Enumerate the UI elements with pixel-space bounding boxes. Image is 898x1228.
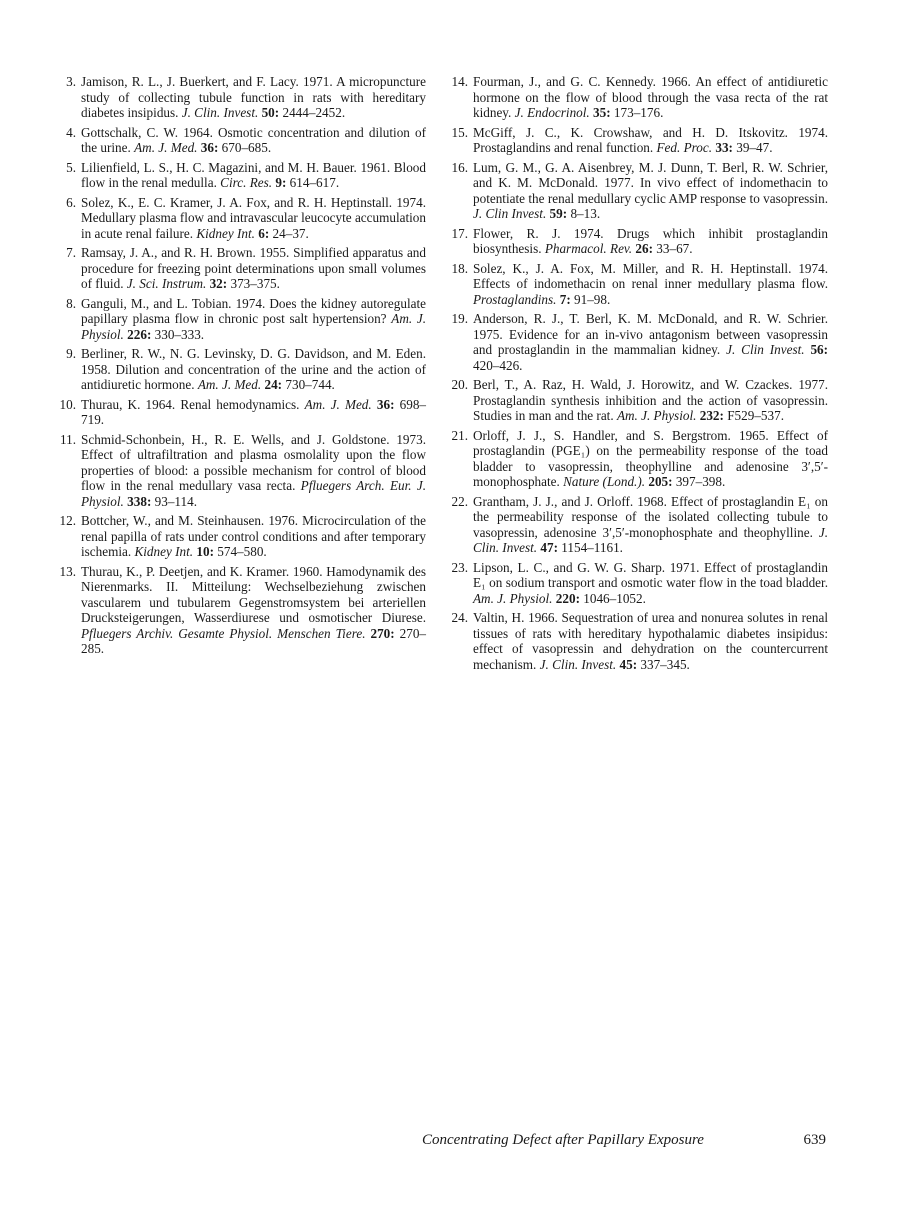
- reference-text: Ganguli, M., and L. Tobian. 1974. Does t…: [81, 296, 426, 327]
- reference-number: 12.: [54, 513, 76, 529]
- reference-journal: Prostaglandins.: [473, 292, 556, 307]
- reference-text: McGiff, J. C., K. Crowshaw, and H. D. It…: [473, 125, 828, 156]
- reference-entry: 7.Ramsay, J. A., and R. H. Brown. 1955. …: [54, 245, 426, 292]
- reference-volume: 50:: [262, 105, 280, 120]
- reference-journal: J. Clin Invest.: [726, 342, 804, 357]
- reference-number: 4.: [54, 125, 76, 141]
- reference-journal: Pharmacol. Rev.: [545, 241, 632, 256]
- reference-volume: 32:: [210, 276, 228, 291]
- reference-pages: 373–375.: [230, 276, 279, 291]
- reference-number: 19.: [446, 311, 468, 327]
- reference-pages: 2444–2452.: [282, 105, 345, 120]
- reference-volume: 26:: [635, 241, 653, 256]
- reference-journal: Fed. Proc.: [657, 140, 713, 155]
- page-number: 639: [804, 1132, 827, 1149]
- reference-number: 13.: [54, 564, 76, 580]
- reference-journal: Circ. Res.: [220, 175, 272, 190]
- references-right-column: 14.Fourman, J., and G. C. Kennedy. 1966.…: [446, 74, 828, 676]
- reference-volume: 226:: [127, 327, 151, 342]
- reference-number: 14.: [446, 74, 468, 90]
- reference-volume: 59:: [550, 206, 568, 221]
- reference-volume: 6:: [258, 226, 269, 241]
- reference-volume: 232:: [700, 408, 724, 423]
- reference-pages: 420–426.: [473, 358, 522, 373]
- reference-volume: 45:: [620, 657, 638, 672]
- reference-number: 3.: [54, 74, 76, 90]
- reference-entry: 4.Gottschalk, C. W. 1964. Osmotic concen…: [54, 125, 426, 156]
- reference-number: 20.: [446, 377, 468, 393]
- reference-volume: 338:: [127, 494, 151, 509]
- reference-entry: 22.Grantham, J. J., and J. Orloff. 1968.…: [446, 494, 828, 556]
- reference-volume: 33:: [715, 140, 733, 155]
- reference-entry: 20.Berl, T., A. Raz, H. Wald, J. Horowit…: [446, 377, 828, 424]
- reference-entry: 17.Flower, R. J. 1974. Drugs which inhib…: [446, 226, 828, 257]
- reference-pages: F529–537.: [727, 408, 784, 423]
- reference-pages: 173–176.: [614, 105, 663, 120]
- reference-entry: 15.McGiff, J. C., K. Crowshaw, and H. D.…: [446, 125, 828, 156]
- reference-pages: 574–580.: [217, 544, 266, 559]
- reference-journal: J. Sci. Instrum.: [127, 276, 206, 291]
- reference-volume: 56:: [810, 342, 828, 357]
- reference-text: Solez, K., J. A. Fox, M. Miller, and R. …: [473, 261, 828, 292]
- reference-entry: 16.Lum, G. M., G. A. Aisenbrey, M. J. Du…: [446, 160, 828, 222]
- reference-volume: 205:: [648, 474, 672, 489]
- reference-journal: J. Clin. Invest.: [540, 657, 617, 672]
- reference-pages: 397–398.: [676, 474, 725, 489]
- reference-number: 8.: [54, 296, 76, 312]
- reference-journal: Am. J. Med.: [134, 140, 197, 155]
- reference-entry: 24.Valtin, H. 1966. Sequestration of ure…: [446, 610, 828, 672]
- reference-number: 11.: [54, 432, 76, 448]
- reference-number: 5.: [54, 160, 76, 176]
- reference-pages: 614–617.: [290, 175, 339, 190]
- reference-pages: 1154–1161.: [561, 540, 623, 555]
- reference-volume: 36:: [201, 140, 219, 155]
- reference-journal: Am. J. Physiol.: [617, 408, 696, 423]
- reference-volume: 47:: [540, 540, 558, 555]
- reference-number: 10.: [54, 397, 76, 413]
- reference-number: 21.: [446, 428, 468, 444]
- reference-entry: 6.Solez, K., E. C. Kramer, J. A. Fox, an…: [54, 195, 426, 242]
- reference-text: Grantham, J. J., and J. Orloff. 1968. Ef…: [473, 494, 828, 540]
- reference-entry: 19.Anderson, R. J., T. Berl, K. M. McDon…: [446, 311, 828, 373]
- reference-entry: 8.Ganguli, M., and L. Tobian. 1974. Does…: [54, 296, 426, 343]
- reference-journal: Nature (Lond.).: [563, 474, 645, 489]
- reference-entry: 3.Jamison, R. L., J. Buerkert, and F. La…: [54, 74, 426, 121]
- reference-journal: Kidney Int.: [134, 544, 193, 559]
- reference-text: Lum, G. M., G. A. Aisenbrey, M. J. Dunn,…: [473, 160, 828, 206]
- reference-volume: 270:: [370, 626, 394, 641]
- reference-number: 7.: [54, 245, 76, 261]
- reference-volume: 7:: [560, 292, 571, 307]
- reference-entry: 14.Fourman, J., and G. C. Kennedy. 1966.…: [446, 74, 828, 121]
- reference-pages: 1046–1052.: [583, 591, 646, 606]
- reference-entry: 10.Thurau, K. 1964. Renal hemodynamics. …: [54, 397, 426, 428]
- reference-number: 16.: [446, 160, 468, 176]
- reference-journal: J. Endocrinol.: [515, 105, 590, 120]
- references-left-column: 3.Jamison, R. L., J. Buerkert, and F. La…: [54, 74, 426, 661]
- reference-number: 15.: [446, 125, 468, 141]
- reference-entry: 13.Thurau, K., P. Deetjen, and K. Kramer…: [54, 564, 426, 657]
- reference-entry: 5.Lilienfield, L. S., H. C. Magazini, an…: [54, 160, 426, 191]
- reference-pages: 93–114.: [155, 494, 197, 509]
- reference-pages: 730–744.: [285, 377, 334, 392]
- reference-text: Lipson, L. C., and G. W. G. Sharp. 1971.…: [473, 560, 828, 591]
- reference-volume: 10:: [196, 544, 214, 559]
- reference-number: 18.: [446, 261, 468, 277]
- reference-volume: 9:: [275, 175, 286, 190]
- reference-journal: Am. J. Physiol.: [473, 591, 552, 606]
- reference-journal: Kidney Int.: [196, 226, 255, 241]
- reference-volume: 35:: [593, 105, 611, 120]
- reference-pages: 8–13.: [570, 206, 600, 221]
- reference-pages: 330–333.: [155, 327, 204, 342]
- reference-entry: 21.Orloff, J. J., S. Handler, and S. Ber…: [446, 428, 828, 490]
- reference-pages: 24–37.: [273, 226, 309, 241]
- reference-entry: 18.Solez, K., J. A. Fox, M. Miller, and …: [446, 261, 828, 308]
- reference-entry: 23.Lipson, L. C., and G. W. G. Sharp. 19…: [446, 560, 828, 607]
- reference-volume: 220:: [556, 591, 580, 606]
- reference-entry: 9.Berliner, R. W., N. G. Levinsky, D. G.…: [54, 346, 426, 393]
- reference-journal: Am. J. Med.: [198, 377, 261, 392]
- reference-entry: 12.Bottcher, W., and M. Steinhausen. 197…: [54, 513, 426, 560]
- reference-number: 17.: [446, 226, 468, 242]
- reference-pages: 91–98.: [574, 292, 610, 307]
- running-title: Concentrating Defect after Papillary Exp…: [422, 1132, 704, 1149]
- reference-number: 23.: [446, 560, 468, 576]
- reference-pages: 33–67.: [656, 241, 692, 256]
- reference-text: Thurau, K., P. Deetjen, and K. Kramer. 1…: [81, 564, 426, 626]
- reference-journal: J. Clin Invest.: [473, 206, 546, 221]
- reference-number: 9.: [54, 346, 76, 362]
- reference-entry: 11.Schmid-Schonbein, H., R. E. Wells, an…: [54, 432, 426, 510]
- reference-volume: 24:: [264, 377, 282, 392]
- reference-volume: 36:: [377, 397, 395, 412]
- reference-journal: J. Clin. Invest.: [182, 105, 259, 120]
- reference-number: 22.: [446, 494, 468, 510]
- reference-text: Thurau, K. 1964. Renal hemodynamics.: [81, 397, 299, 412]
- reference-journal: Am. J. Med.: [305, 397, 372, 412]
- reference-pages: 39–47.: [736, 140, 772, 155]
- reference-pages: 670–685.: [222, 140, 271, 155]
- reference-pages: 337–345.: [640, 657, 689, 672]
- reference-number: 24.: [446, 610, 468, 626]
- reference-journal: Pfluegers Archiv. Gesamte Physiol. Mensc…: [81, 626, 366, 641]
- reference-number: 6.: [54, 195, 76, 211]
